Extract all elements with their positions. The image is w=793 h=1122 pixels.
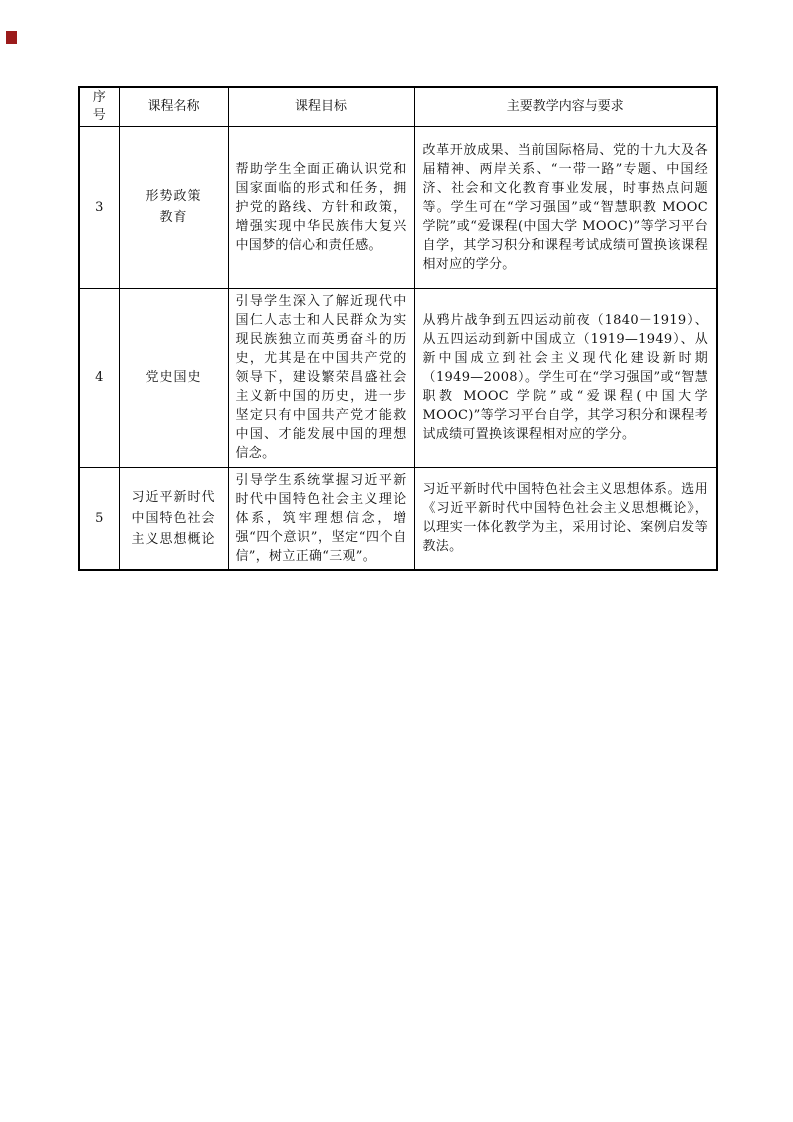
course-table-header: 序 号 课程名称 课程目标 主要教学内容与要求 [79, 87, 717, 126]
table-row-course-5: 5 习近平新时代 中国特色社会 主义思想概论 引导学生系统掌握习近平新时代中国特… [79, 467, 717, 570]
header-teaching-content: 主要教学内容与要求 [414, 87, 717, 126]
red-annotation-marker [6, 31, 17, 44]
table-row-course-4: 4 党史国史 引导学生深入了解近现代中国仁人志士和人民群众为实现民族独立而英勇奋… [79, 288, 717, 467]
table-row-course-3: 3 形势政策 教育 帮助学生全面正确认识党和国家面临的形式和任务，拥护党的路线、… [79, 126, 717, 288]
cell-no: 3 [79, 126, 119, 288]
cell-course-name: 党史国史 [119, 288, 228, 467]
course-table: 序 号 课程名称 课程目标 主要教学内容与要求 3 形势政策 教育 帮助学生全面… [78, 86, 718, 571]
cell-course-objective: 帮助学生全面正确认识党和国家面临的形式和任务，拥护党的路线、方针和政策，增强实现… [228, 126, 414, 288]
cell-teaching-content: 习近平新时代中国特色社会主义思想体系。选用《习近平新时代中国特色社会主义思想概论… [414, 467, 717, 570]
course-table-body: 3 形势政策 教育 帮助学生全面正确认识党和国家面临的形式和任务，拥护党的路线、… [79, 126, 717, 570]
header-course-name: 课程名称 [119, 87, 228, 126]
cell-no: 4 [79, 288, 119, 467]
cell-course-name: 习近平新时代 中国特色社会 主义思想概论 [119, 467, 228, 570]
cell-teaching-content: 从鸦片战争到五四运动前夜（1840－1919）、从五四运动到新中国成立（1919… [414, 288, 717, 467]
document-page: 序 号 课程名称 课程目标 主要教学内容与要求 3 形势政策 教育 帮助学生全面… [0, 0, 793, 1122]
cell-no: 5 [79, 467, 119, 570]
header-course-objective: 课程目标 [228, 87, 414, 126]
cell-teaching-content: 改革开放成果、当前国际格局、党的十九大及各届精神、两岸关系、“一带一路”专题、中… [414, 126, 717, 288]
cell-course-name: 形势政策 教育 [119, 126, 228, 288]
cell-course-objective: 引导学生深入了解近现代中国仁人志士和人民群众为实现民族独立而英勇奋斗的历史，尤其… [228, 288, 414, 467]
header-no: 序 号 [79, 87, 119, 126]
header-row: 序 号 课程名称 课程目标 主要教学内容与要求 [79, 87, 717, 126]
cell-course-objective: 引导学生系统掌握习近平新时代中国特色社会主义理论体系，筑牢理想信念，增强“四个意… [228, 467, 414, 570]
